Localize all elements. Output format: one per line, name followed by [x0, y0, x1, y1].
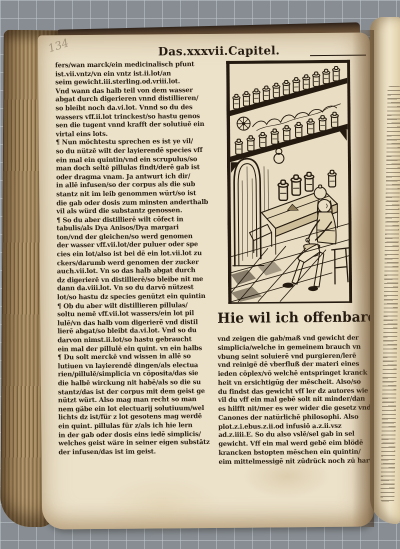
text-line: eim mittelmessigē nit zūdrück noch zū ha…: [219, 456, 379, 466]
book-photograph: 134 Das.xxxvii.Capitel. fers/wan marck/e…: [0, 0, 400, 549]
woodcut-illustration: [226, 60, 352, 308]
paper-stain: [102, 474, 223, 535]
right-column-heading: Hie wil ich offenbaren: [217, 310, 374, 327]
text-line: man doch seltē pillulas findt/derē gab i…: [56, 163, 218, 173]
text-line: lot/so hastu dz species genützt ein quin…: [57, 292, 219, 302]
text-line: fers/wan marck/ein medicinalisch pfunt: [55, 60, 217, 70]
right-text-column: vnd zeigen die gab/maß vnd gewicht dersi…: [217, 334, 378, 467]
text-line: welches geist wäre in seiner eigen subst…: [58, 438, 220, 448]
handwritten-folio-number: 134: [46, 36, 70, 55]
text-line: der infusen/das ist im geist.: [58, 447, 220, 457]
chapter-header: Das.xxxvii.Capitel.: [69, 43, 369, 60]
text-line: sen die tugent vnnd krafft der solutiuē …: [56, 120, 218, 130]
left-text-column: fers/wan marck/ein medicinalisch pfuntis…: [55, 60, 220, 457]
text-line: Canones der natürlichē philosophi. Also: [218, 412, 378, 422]
book-page: 134 Das.xxxvii.Capitel. fers/wan marck/e…: [38, 33, 374, 530]
